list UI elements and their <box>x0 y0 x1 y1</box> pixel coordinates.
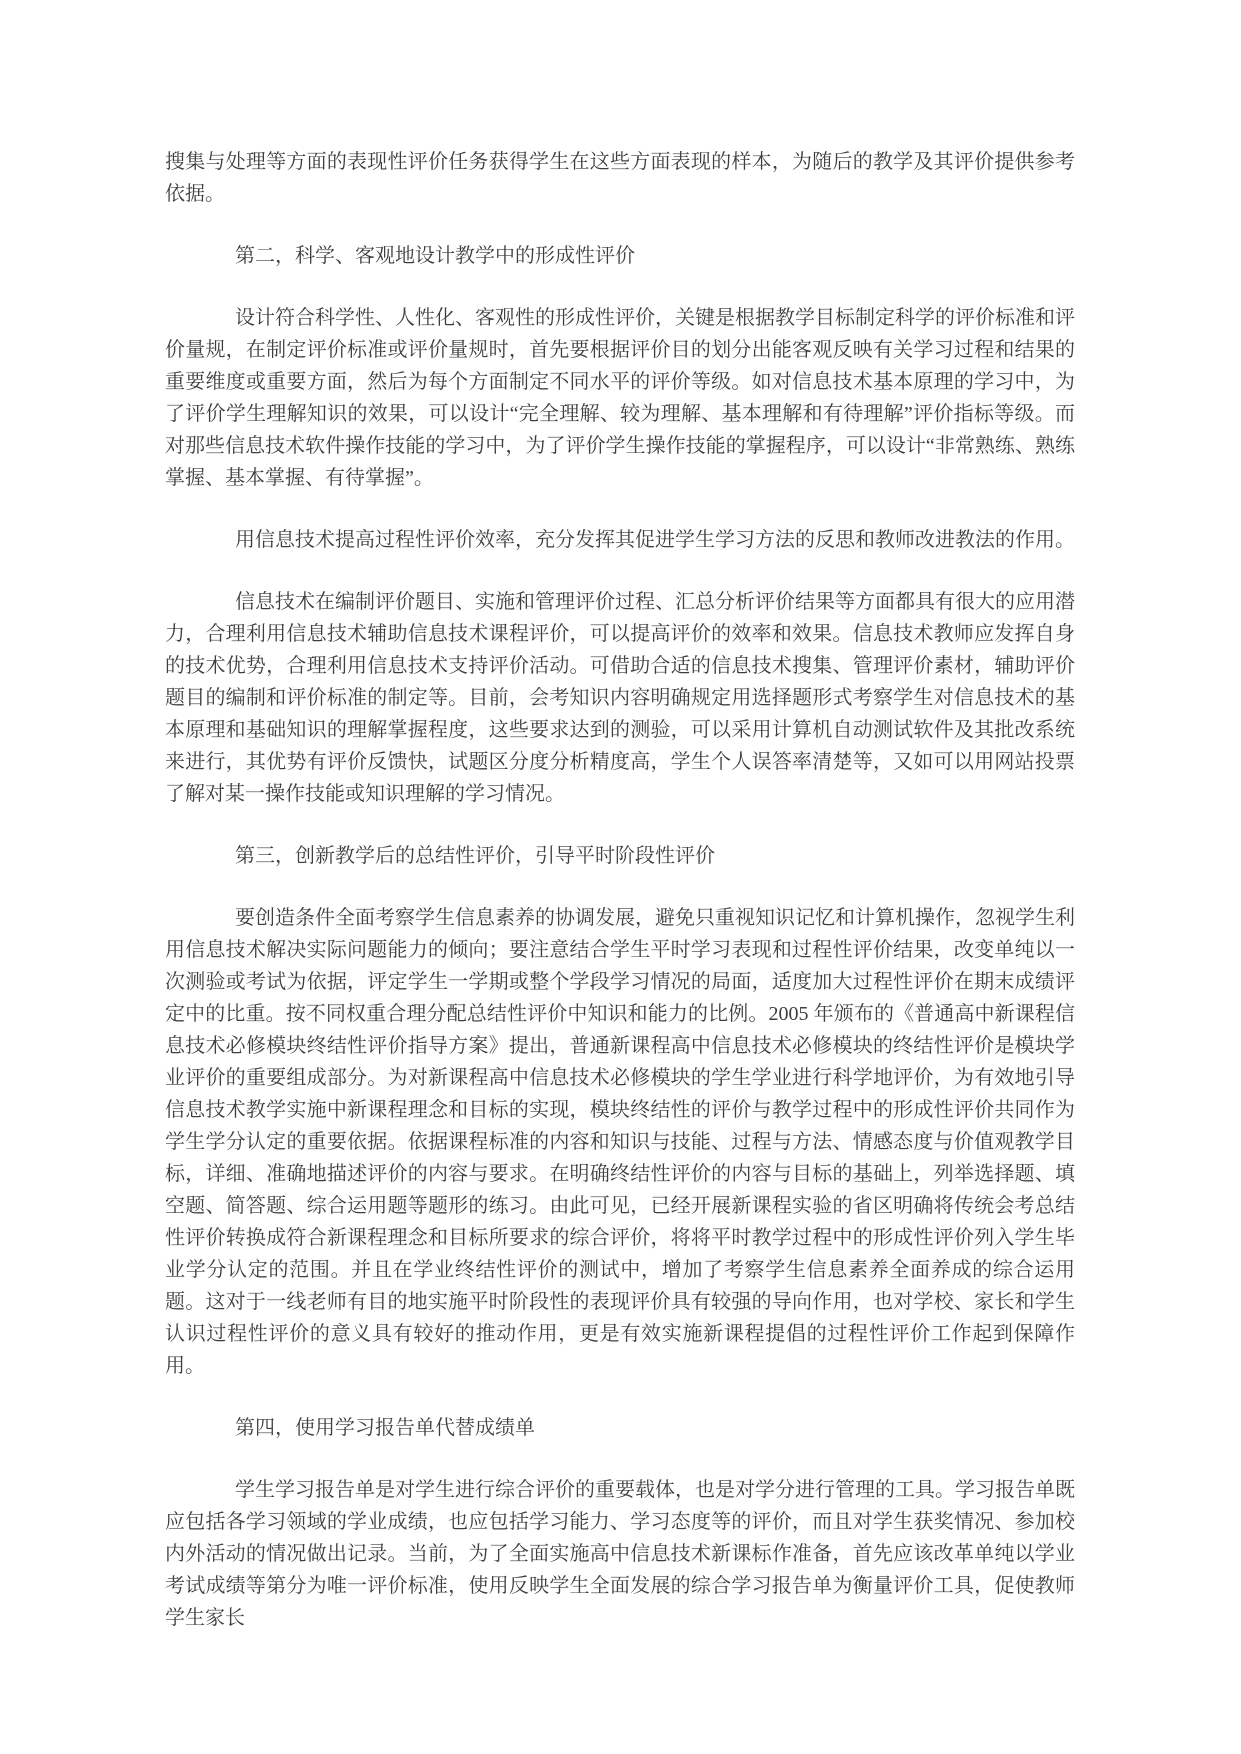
section-heading: 第三，创新教学后的总结性评价，引导平时阶段性评价 <box>165 840 1075 872</box>
document-page: 搜集与处理等方面的表现性评价任务获得学生在这些方面表现的样本，为随后的教学及其评… <box>0 0 1241 1754</box>
body-paragraph: 搜集与处理等方面的表现性评价任务获得学生在这些方面表现的样本，为随后的教学及其评… <box>165 146 1075 210</box>
document-body: 搜集与处理等方面的表现性评价任务获得学生在这些方面表现的样本，为随后的教学及其评… <box>165 146 1075 1634</box>
section-heading: 第四，使用学习报告单代替成绩单 <box>165 1412 1075 1444</box>
body-paragraph: 设计符合科学性、人性化、客观性的形成性评价，关键是根据教学目标制定科学的评价标准… <box>165 302 1075 494</box>
body-paragraph: 要创造条件全面考察学生信息素养的协调发展，避免只重视知识记忆和计算机操作，忽视学… <box>165 902 1075 1382</box>
body-paragraph: 学生学习报告单是对学生进行综合评价的重要载体，也是对学分进行管理的工具。学习报告… <box>165 1474 1075 1634</box>
section-heading: 第二，科学、客观地设计教学中的形成性评价 <box>165 240 1075 272</box>
body-paragraph: 信息技术在编制评价题目、实施和管理评价过程、汇总分析评价结果等方面都具有很大的应… <box>165 586 1075 810</box>
body-paragraph: 用信息技术提高过程性评价效率，充分发挥其促进学生学习方法的反思和教师改进教法的作… <box>165 524 1075 556</box>
